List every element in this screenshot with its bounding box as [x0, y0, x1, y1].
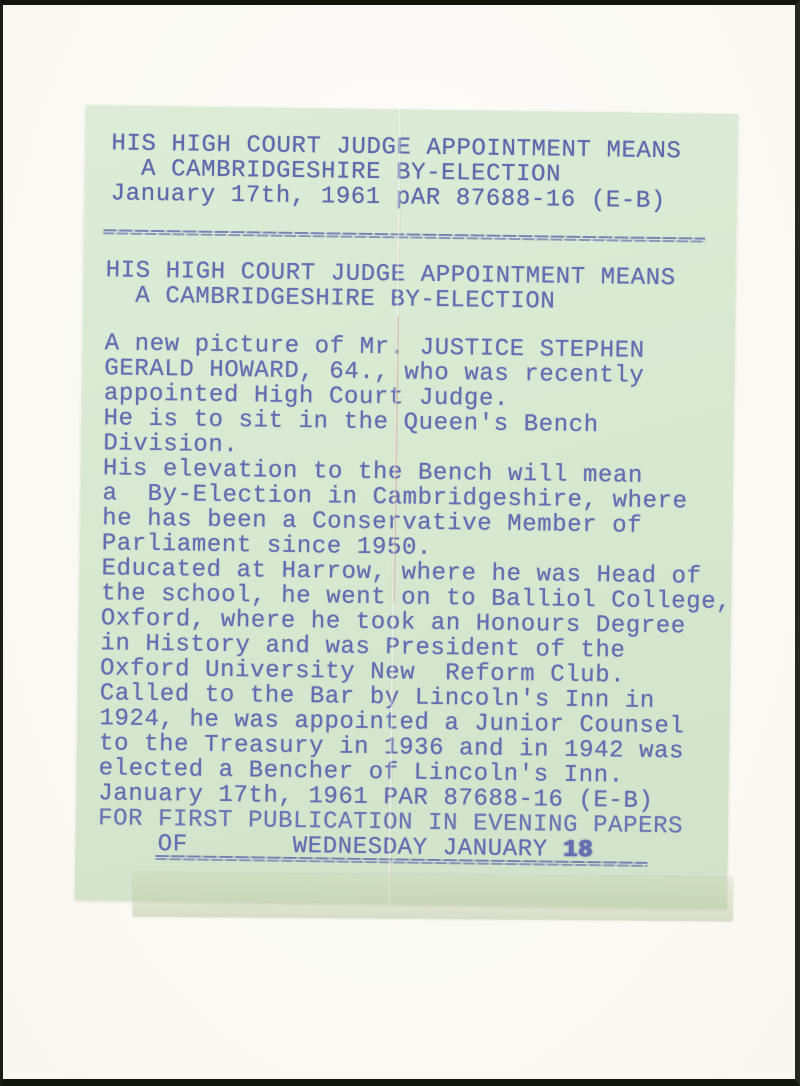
stamp-header: HIS HIGH COURT JUDGE APPOINTMENT MEANS A… — [111, 131, 738, 215]
publication-note: FOR FIRST PUBLICATION IN EVENING PAPERS … — [97, 806, 728, 868]
tape-strip — [133, 873, 733, 922]
caption-title: HIS HIGH COURT JUDGE APPOINTMENT MEANS A… — [105, 258, 736, 317]
typed-divider-rule — [103, 229, 705, 242]
photo-scan: HIS HIGH COURT JUDGE APPOINTMENT MEANS A… — [0, 0, 800, 1086]
press-caption-sheet: HIS HIGH COURT JUDGE APPOINTMENT MEANS A… — [75, 105, 738, 909]
date-day-smudged: 18 — [563, 837, 593, 864]
caption-body: A new picture of Mr. JUSTICE STEPHENGERA… — [98, 331, 735, 815]
